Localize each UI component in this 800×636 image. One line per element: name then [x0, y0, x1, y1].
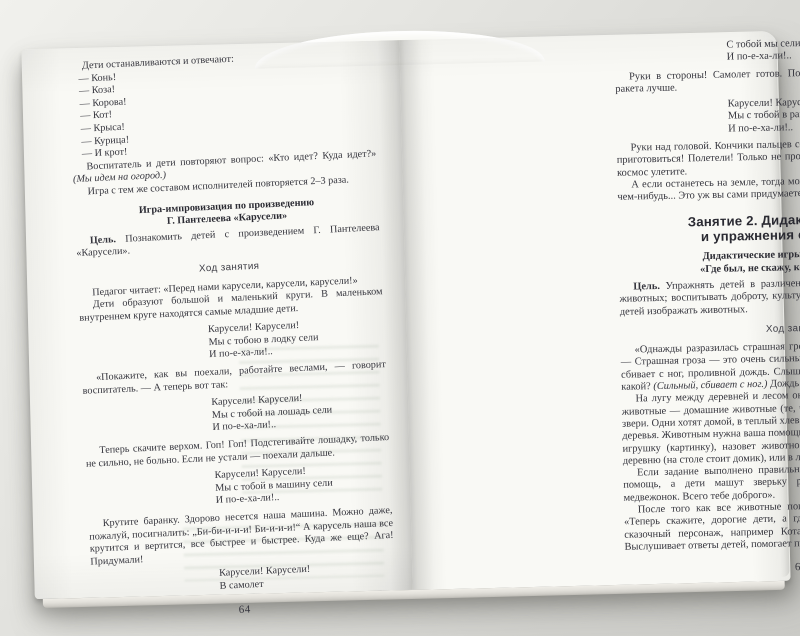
verse-line: С тобой мы сели	[726, 35, 800, 52]
paragraph-storm: «Однажды разразилась страшная гроза, — н…	[620, 338, 800, 394]
open-book: Дети останавливаются и отвечают: — Конь!…	[21, 31, 790, 599]
verse-block: Карусели! Карусели! Мы с тобой в машину …	[214, 462, 392, 508]
paragraph: Руки в стороны! Самолет готов. Полетели!…	[615, 64, 800, 96]
page-left: Дети останавливаются и отвечают: — Конь!…	[21, 40, 412, 599]
book-photo: Дети останавливаются и отвечают: — Конь!…	[0, 0, 800, 636]
paragraph: Если задание выполнено правильно, животн…	[623, 461, 800, 505]
verse-block: Карусели! Карусели! Мы с тобой на лошадь…	[211, 389, 389, 435]
paragraph: Крутите баранку. Здорово несется наша ма…	[88, 505, 394, 569]
verse-block: Карусели! Карусели! Мы с тобой в ракету …	[728, 94, 800, 136]
page-left-text: Дети останавливаются и отвечают: — Конь!…	[68, 47, 397, 622]
paragraph: На лугу между деревней и лесом оказались…	[621, 387, 800, 468]
goal-label: Цель.	[633, 281, 660, 293]
page-right: С тобой мы сели И по-е-ха-ли!.. Руки в с…	[399, 31, 790, 590]
inline-italic: (Сильный, сбивает с ног.)	[653, 379, 767, 392]
lesson-flow-heading: Ход занятия	[620, 320, 800, 339]
page-number-right: 65	[625, 558, 800, 577]
page-right-text: С тобой мы сели И по-е-ха-ли!.. Руки в с…	[614, 35, 800, 577]
paragraph: Руки над головой. Кончики пальцев соедин…	[616, 136, 800, 180]
paragraph: После того как все животные попадут домо…	[624, 498, 800, 554]
paragraph-goal: Цель. Упражнять детей в различении и наз…	[619, 275, 800, 319]
page-number-left: 64	[93, 596, 397, 622]
lesson-2-title: Занятие 2. Дидактические игрыи упражнени…	[618, 208, 800, 246]
verse-block: Карусели! Карусели! Мы с тобою в лодку с…	[208, 316, 386, 362]
answers-list: — Конь! — Коза! — Корова! — Кот! — Крыса…	[68, 60, 376, 162]
didactic-games-heading: Дидактические игры: «Кто где живет»,«Где…	[619, 246, 800, 278]
verse-block: Карусели! Карусели! В самолет	[219, 560, 396, 593]
goal-label: Цель.	[90, 234, 117, 246]
verse-block: С тобой мы сели И по-е-ха-ли!..	[726, 35, 800, 64]
verse-line: Карусели! Карусели!	[728, 94, 800, 111]
